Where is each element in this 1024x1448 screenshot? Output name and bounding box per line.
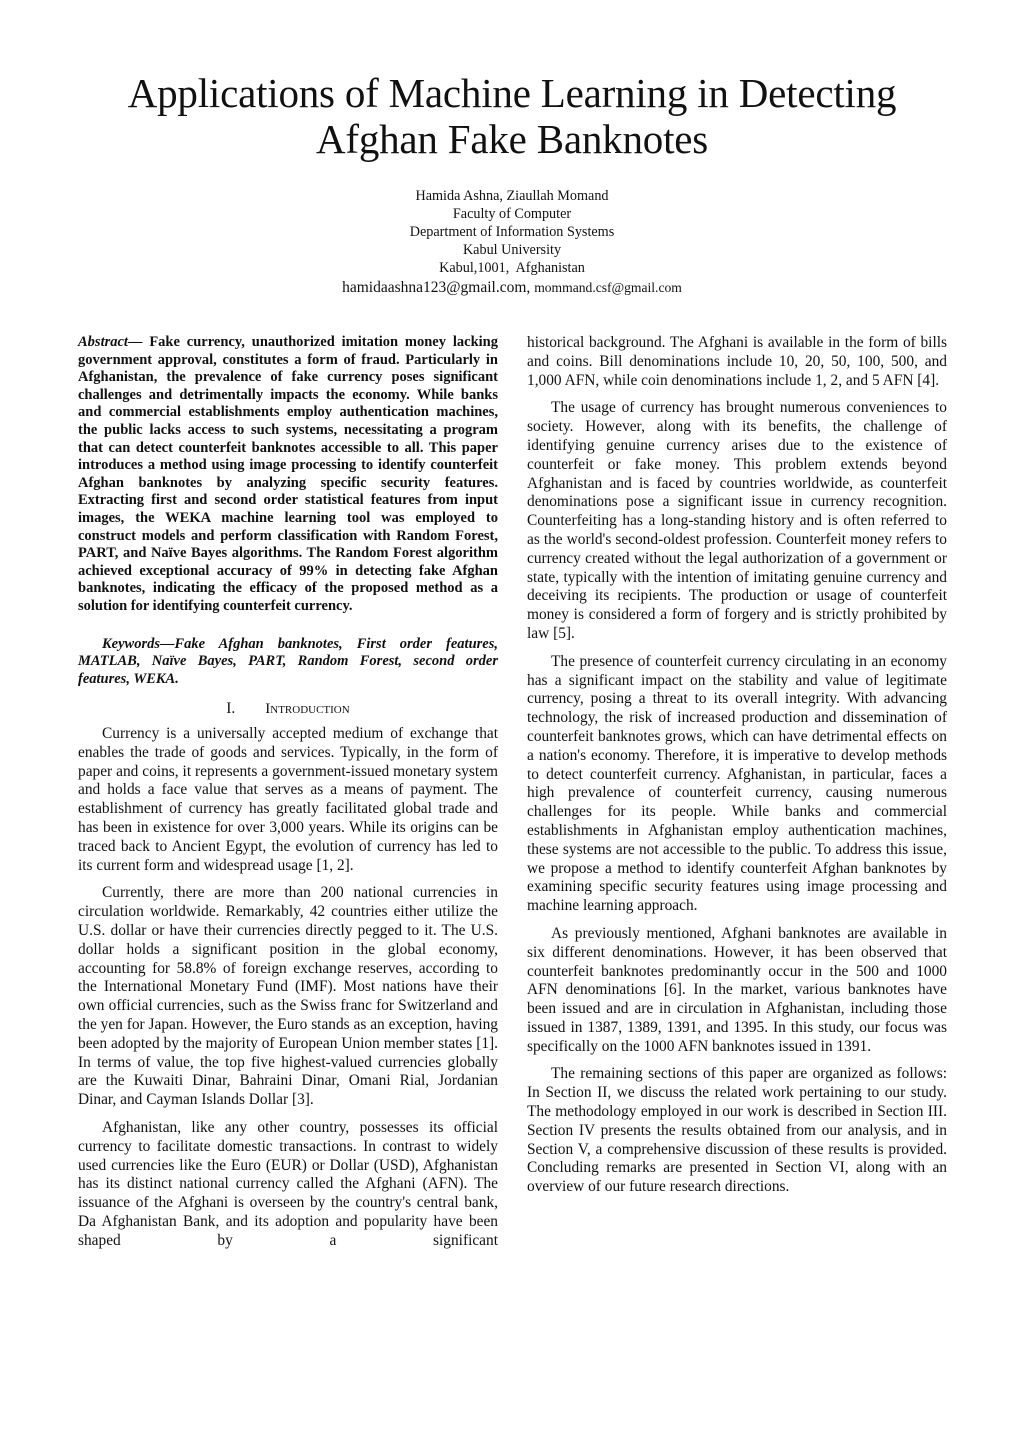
intro-paragraph-6: As previously mentioned, Afghani banknot… bbox=[527, 925, 947, 1057]
paper-title: Applications of Machine Learning in Dete… bbox=[0, 70, 1024, 162]
intro-paragraph-3: Afghanistan, like any other country, pos… bbox=[78, 1119, 498, 1251]
abstract: Abstract— Fake currency, unauthorized im… bbox=[78, 334, 498, 616]
author-department: Department of Information Systems bbox=[0, 224, 1024, 242]
author-location: Kabul,1001, Afghanistan bbox=[0, 260, 1024, 278]
intro-paragraph-7: The remaining sections of this paper are… bbox=[527, 1065, 947, 1197]
section-number: I. bbox=[226, 700, 235, 717]
author-names: Hamida Ashna, Ziaullah Momand bbox=[0, 188, 1024, 206]
right-column: historical background. The Afghani is av… bbox=[527, 334, 947, 1206]
keywords: Keywords—Fake Afghan banknotes, First or… bbox=[78, 636, 498, 689]
intro-paragraph-3-continued: historical background. The Afghani is av… bbox=[527, 334, 947, 390]
title-line-2: Afghan Fake Banknotes bbox=[316, 116, 708, 162]
author-block: Hamida Ashna, Ziaullah Momand Faculty of… bbox=[0, 188, 1024, 298]
intro-paragraph-4: The usage of currency has brought numero… bbox=[527, 399, 947, 643]
title-line-1: Applications of Machine Learning in Dete… bbox=[128, 70, 897, 116]
abstract-text: Fake currency, unauthorized imitation mo… bbox=[78, 334, 498, 614]
intro-paragraph-1: Currency is a universally accepted mediu… bbox=[78, 725, 498, 875]
author-university: Kabul University bbox=[0, 242, 1024, 260]
section-heading-introduction: I.Introduction bbox=[78, 700, 498, 719]
abstract-label: Abstract— bbox=[78, 334, 142, 350]
author-faculty: Faculty of Computer bbox=[0, 206, 1024, 224]
intro-paragraph-5: The presence of counterfeit currency cir… bbox=[527, 653, 947, 916]
intro-paragraph-2: Currently, there are more than 200 natio… bbox=[78, 884, 498, 1110]
author-emails: hamidaashna123@gmail.com, mommand.csf@gm… bbox=[0, 278, 1024, 298]
email-link-2[interactable]: mommand.csf@gmail.com bbox=[534, 280, 682, 295]
email-link-1[interactable]: hamidaashna123@gmail.com, bbox=[342, 279, 530, 296]
left-column: Abstract— Fake currency, unauthorized im… bbox=[78, 334, 498, 1260]
section-title: Introduction bbox=[265, 701, 349, 717]
